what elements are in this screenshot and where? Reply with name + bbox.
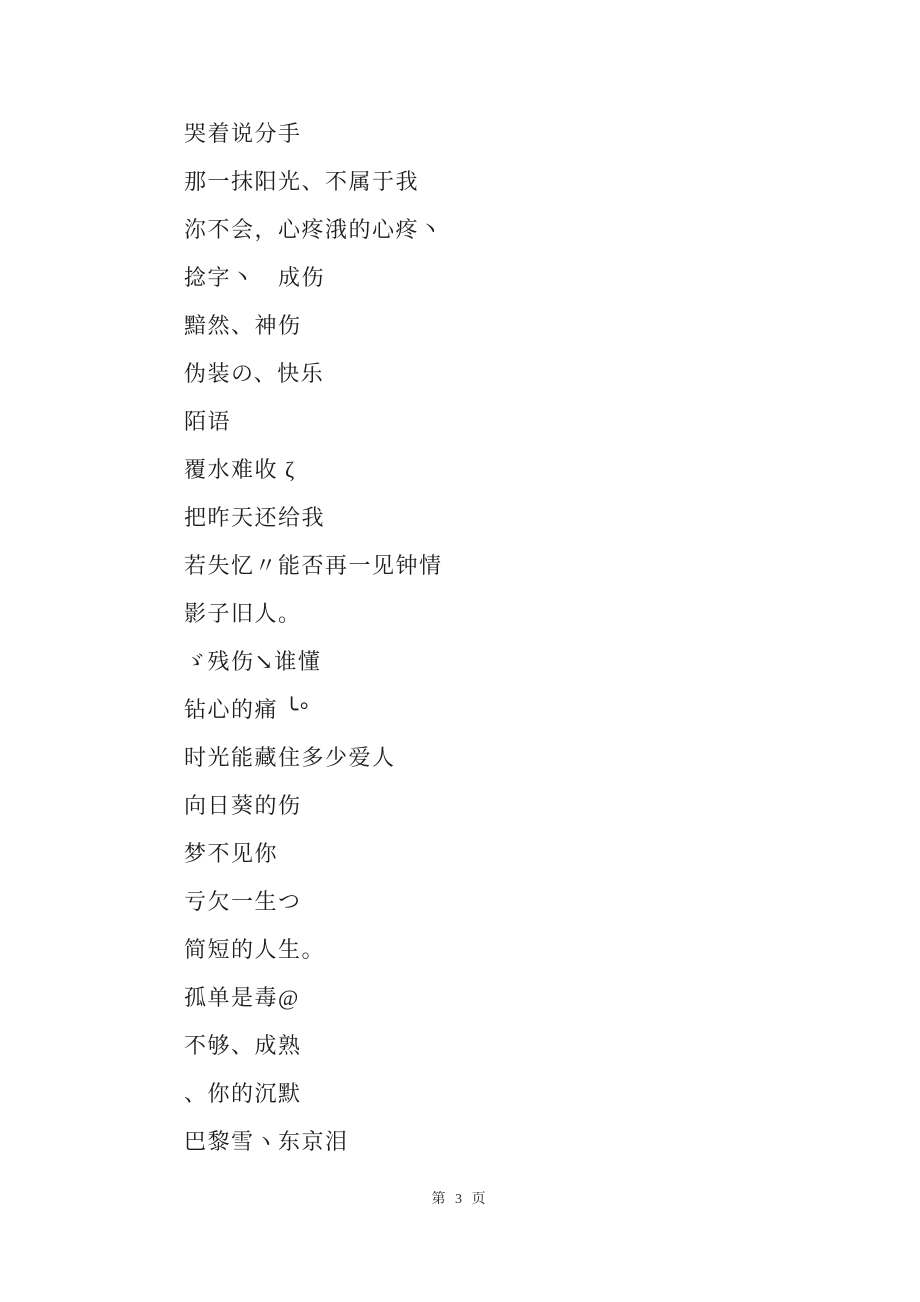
text-line: 捻字丶 成伤	[184, 254, 860, 302]
text-line: 时光能藏住多少爱人	[184, 734, 860, 782]
text-line: 、你的沉默	[184, 1070, 860, 1118]
text-line: 简短的人生。	[184, 926, 860, 974]
text-line: 把昨天还给我	[184, 494, 860, 542]
text-line: 覆水难收 ζ	[184, 446, 860, 494]
text-line: 不够、成熟	[184, 1022, 860, 1070]
text-line: 那一抹阳光、不属于我	[184, 158, 860, 206]
text-line: 沵不会，心疼涐的心疼丶	[184, 206, 860, 254]
text-line: 黯然、神伤	[184, 302, 860, 350]
text-line: 向日葵的伤	[184, 782, 860, 830]
text-line: 若失忆〃能否再一见钟情	[184, 542, 860, 590]
text-line: 陌语	[184, 398, 860, 446]
page-number: 第 3 页	[432, 1188, 489, 1208]
document-body: 哭着说分手 那一抹阳光、不属于我 沵不会，心疼涐的心疼丶 捻字丶 成伤 黯然、神…	[184, 110, 860, 1166]
text-line: 亏欠一生つ	[184, 878, 860, 926]
page-footer: 第 3 页	[0, 1188, 920, 1208]
text-line: 巴黎雪ヽ东京泪	[184, 1118, 860, 1166]
text-line: 钻心的痛 ╰°	[184, 686, 860, 734]
text-line: 影子旧人。	[184, 590, 860, 638]
document-page: 哭着说分手 那一抹阳光、不属于我 沵不会，心疼涐的心疼丶 捻字丶 成伤 黯然、神…	[0, 0, 920, 1302]
text-line: 孤单是毒@	[184, 974, 860, 1022]
text-line: ゞ残伤↘谁懂	[184, 638, 860, 686]
text-line: 梦不见你	[184, 830, 860, 878]
text-line: 哭着说分手	[184, 110, 860, 158]
text-line: 伪装の、快乐	[184, 350, 860, 398]
